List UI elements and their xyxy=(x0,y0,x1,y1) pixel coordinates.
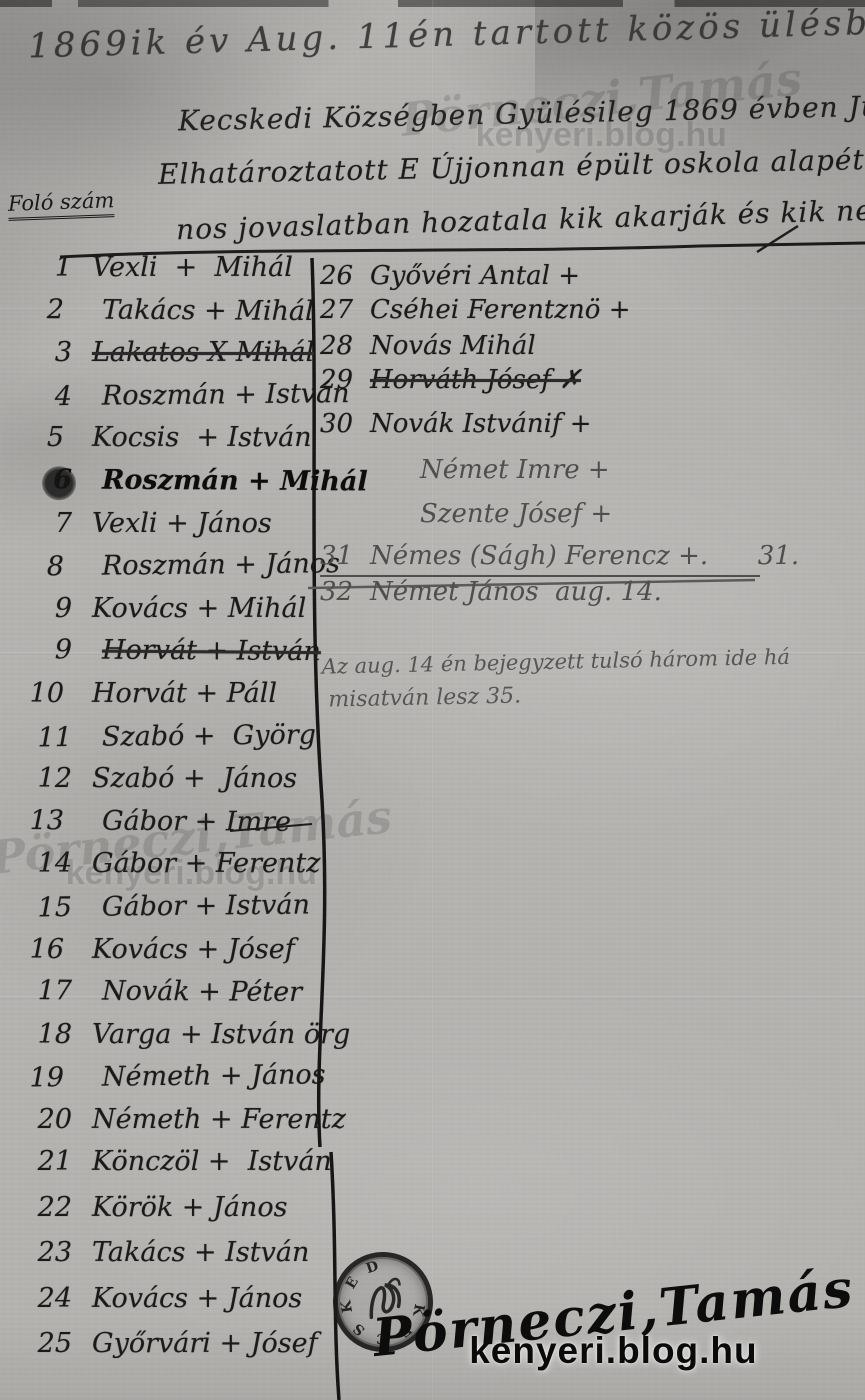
list-row: 14 Gábor + Ferentz xyxy=(14,848,314,891)
list-row: 15 Gábor + István xyxy=(14,889,314,935)
list-row: 22 Körök + János xyxy=(14,1192,324,1238)
list-row: 16 Kovács + Jósef xyxy=(14,934,314,977)
row-number: 16 xyxy=(6,934,64,965)
row-number: 7 xyxy=(14,508,72,539)
row-name: Horvát + Páll xyxy=(92,678,277,709)
list-row: 29 Horváth Jósef ✗ xyxy=(320,365,865,395)
row-name: Novák + Péter xyxy=(102,976,302,1008)
list-row: 10 Horvát + Páll xyxy=(14,678,314,721)
list-row: 30 Novák Istvánif + xyxy=(320,409,865,439)
row-name: Német János aug. 14. xyxy=(370,577,662,607)
row-name: Roszmán + István xyxy=(102,378,350,412)
row-name: Horvát + István xyxy=(102,635,321,668)
row-name: Győrvári + Jósef xyxy=(92,1328,318,1359)
row-number: 21 xyxy=(14,1146,72,1177)
list-row: 9 Kovács + Mihál xyxy=(14,593,314,636)
row-number: 5 xyxy=(6,422,64,453)
list-row: 7 Vexli + János xyxy=(14,508,314,551)
list-row: 5 Kocsis + István xyxy=(14,422,314,465)
stamp-monogram xyxy=(322,1241,443,1362)
row-number: 3 xyxy=(14,337,72,368)
row-name: Könczöl + István xyxy=(92,1146,332,1177)
running-number-label: Foló szám xyxy=(8,188,115,221)
row-name: Gábor + István xyxy=(102,889,310,922)
scanned-document-page: Pörneczi,Tamás kenyeri.blog.hu Pörneczi,… xyxy=(0,0,865,1400)
list-row: 12 Szabó + János xyxy=(14,763,314,806)
row-number: 8 xyxy=(6,551,64,583)
list-row: 23 Takács + István xyxy=(14,1237,324,1283)
row-name: Vexli + János xyxy=(92,508,272,539)
row-number: 17 xyxy=(14,975,72,1006)
list-row: 28 Novás Mihál xyxy=(320,331,865,361)
row-name: Gábor + Imre xyxy=(102,805,291,837)
row-number: 10 xyxy=(6,678,64,709)
list-row: 19 Németh + János xyxy=(14,1060,314,1106)
rule-flourish xyxy=(757,226,798,252)
row-name: Lakatos X Mihál xyxy=(92,337,314,368)
header-resolution-line: Elhatároztatott E Újjonnan épült oskola … xyxy=(158,142,865,191)
row-name: Német Imre + xyxy=(420,455,610,485)
row-number: 27 xyxy=(320,295,356,325)
row-number: 6 xyxy=(14,464,72,495)
row-name: Horváth Jósef ✗ xyxy=(370,365,581,395)
list-row: 11 Szabó + Györg xyxy=(14,719,314,765)
row-name: Németh + János xyxy=(102,1060,326,1093)
row-number: 11 xyxy=(14,721,72,753)
watermark-site: kenyeri.blog.hu xyxy=(372,1330,855,1372)
list-row: 20 Németh + Ferentz xyxy=(14,1104,314,1147)
list-row: 25 Győrvári + Jósef xyxy=(14,1328,324,1374)
row-number: 14 xyxy=(14,848,72,879)
list-row: 13 Gábor + Imre xyxy=(14,805,314,850)
row-number: 9 xyxy=(14,634,72,665)
list-row: 6 Roszmán + Mihál xyxy=(14,464,314,509)
list-row: 8 Roszmán + János xyxy=(14,549,314,595)
row-name: Roszmán + János xyxy=(102,548,340,581)
row-number: 13 xyxy=(6,805,64,836)
row-name: Takács + Mihál xyxy=(102,294,314,326)
name-list-left-column: 1 Vexli + Mihál 2 Takács + Mihál 3 Lakat… xyxy=(14,252,314,1146)
row-name: Kovács + Jósef xyxy=(92,934,295,965)
row-number: 29 xyxy=(320,365,356,395)
row-number: 9 xyxy=(14,593,72,624)
name-list-right-column: 26 Győvéri Antal + 27 Cséhei Ferentznö +… xyxy=(320,255,865,607)
list-row: 32 Német János aug. 14. xyxy=(320,577,865,607)
row-name: Takács + István xyxy=(92,1237,309,1268)
row-number: 15 xyxy=(14,892,72,924)
watermark-main: Pörneczi,Tamás kenyeri.blog.hu xyxy=(372,1283,855,1372)
stamp-seal: KECSKED xyxy=(322,1241,443,1362)
row-number: 2 xyxy=(6,293,64,324)
list-row: 4 Roszmán + István xyxy=(14,378,314,424)
list-row: 3 Lakatos X Mihál xyxy=(14,337,314,380)
row-name: Szabó + Györg xyxy=(102,719,316,752)
row-number: 32 xyxy=(320,577,356,607)
list-row: 27 Cséhei Ferentznö + xyxy=(320,295,865,325)
list-row: 24 Kovács + János xyxy=(14,1283,324,1329)
row-number: 22 xyxy=(14,1192,72,1223)
row-name: Németh + Ferentz xyxy=(92,1104,346,1135)
row-name: Novák Istvánif + xyxy=(370,409,592,439)
row-name: Szente Jósef + xyxy=(420,499,612,529)
list-row: Német Imre + xyxy=(320,455,865,485)
list-row: Szente Jósef + xyxy=(320,499,865,529)
row-number: 12 xyxy=(14,763,72,794)
row-name: Varga + István örg xyxy=(92,1019,350,1050)
row-number: 23 xyxy=(14,1237,72,1268)
margin-note: Az aug. 14 én bejegyzett tulsó három ide… xyxy=(321,639,862,716)
row-name: Némes (Ságh) Ferencz +. 31. xyxy=(370,541,799,571)
row-name: Novás Mihál xyxy=(370,331,536,361)
row-name: Gábor + Ferentz xyxy=(92,848,321,879)
row-name: Körök + János xyxy=(92,1192,287,1223)
row-name: Cséhei Ferentznö + xyxy=(370,295,631,325)
row-number: 20 xyxy=(14,1104,72,1135)
list-row: 31 Némes (Ságh) Ferencz +. 31. xyxy=(320,541,760,577)
row-number: 4 xyxy=(14,381,72,413)
list-row: 17 Novák + Péter xyxy=(14,975,314,1020)
row-number: 1 xyxy=(14,252,72,283)
list-row: 9 Horvát + István xyxy=(14,634,314,679)
row-name: Szabó + János xyxy=(92,763,297,794)
row-number: 26 xyxy=(320,261,356,291)
list-row: 2 Takács + Mihál xyxy=(14,294,314,339)
watermark-signature: Pörneczi,Tamás xyxy=(370,1258,857,1369)
row-number: 18 xyxy=(14,1019,72,1050)
name-list-left-column-lower: 21 Könczöl + István 22 Körök + János 23 … xyxy=(14,1146,324,1374)
row-number: 24 xyxy=(14,1283,72,1314)
list-row: 26 Győvéri Antal + xyxy=(320,261,865,291)
row-number: 19 xyxy=(6,1062,64,1094)
header-proposal-line: nos jovaslatban hozatala kik akarják és … xyxy=(176,191,865,246)
row-number: 31 xyxy=(320,541,356,571)
list-row: 1 Vexli + Mihál xyxy=(14,252,314,295)
row-number: 30 xyxy=(320,409,356,439)
row-name: Győvéri Antal + xyxy=(370,261,580,291)
list-row: 21 Könczöl + István xyxy=(14,1146,324,1192)
row-number: 25 xyxy=(14,1328,72,1359)
row-name: Vexli + Mihál xyxy=(92,252,293,283)
row-name: Kovács + Mihál xyxy=(92,593,306,624)
row-number: 28 xyxy=(320,331,356,361)
list-row: 18 Varga + István örg xyxy=(14,1019,314,1062)
row-name: Kocsis + István xyxy=(92,422,312,453)
row-name: Kovács + János xyxy=(92,1283,302,1314)
